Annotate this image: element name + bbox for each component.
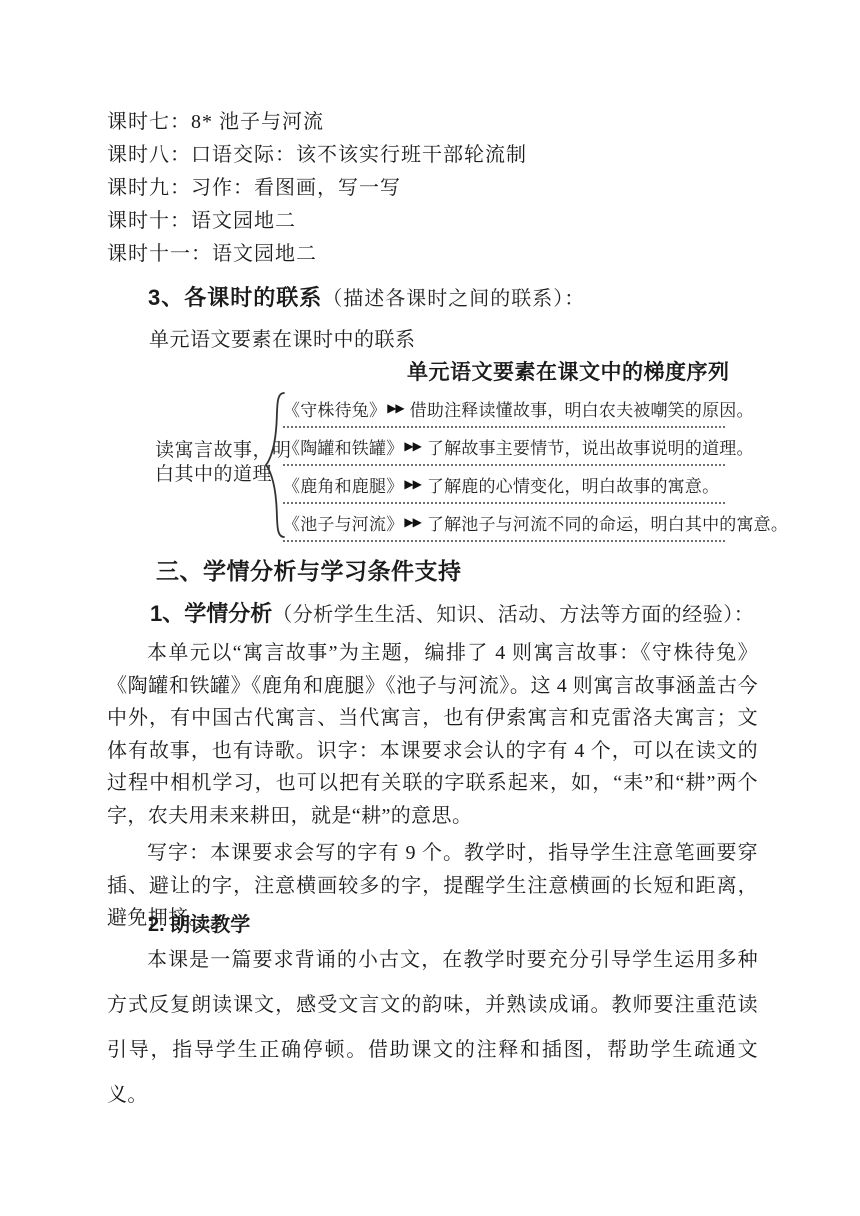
subsection-title: 1、学情分析	[150, 601, 272, 626]
element-link-line: 单元语文要素在课时中的联系	[149, 323, 416, 352]
diagram-row: 《陶罐和铁罐》▶▶了解故事主要情节，说出故事说明的道理。	[283, 428, 725, 466]
row-desc: 了解池子与河流不同的命运，明白其中的寓意。	[427, 510, 788, 535]
section3-title: 3、各课时的联系	[148, 285, 322, 310]
lesson-item: 课时七：8* 池子与河流	[107, 106, 527, 139]
document-page: 课时七：8* 池子与河流 课时八：口语交际：该不该实行班干部轮流制 课时九：习作…	[0, 0, 860, 1216]
row-title: 《陶罐和铁罐》	[283, 434, 403, 459]
double-arrow-icon: ▶▶	[404, 515, 420, 530]
row-desc: 了解鹿的心情变化，明白故事的寓意。	[427, 472, 719, 497]
double-arrow-icon: ▶▶	[404, 477, 420, 492]
paragraph-unit-overview: 本单元以“寓言故事”为主题，编排了 4 则寓言故事：《守株待兔》《陶罐和铁罐》《…	[107, 637, 758, 833]
subsection-note: （分析学生生活、知识、活动、方法等方面的经验）：	[272, 604, 754, 626]
row-title: 《池子与河流》	[283, 510, 403, 535]
lesson-list: 课时七：8* 池子与河流 课时八：口语交际：该不该实行班干部轮流制 课时九：习作…	[107, 106, 527, 271]
row-title: 《守株待兔》	[283, 396, 386, 421]
fable-diagram: 读寓言故事，明白其中的道理 《守株待兔》▶▶借助注释读懂故事，明白农夫被嘲笑的原…	[107, 390, 757, 542]
diagram-row: 《守株待兔》▶▶借助注释读懂故事，明白农夫被嘲笑的原因。	[283, 390, 725, 428]
lesson-item: 课时十一：语文园地二	[107, 238, 527, 271]
section3-heading: 3、各课时的联系（描述各课时之间的联系）：	[148, 281, 585, 312]
diagram-row: 《鹿角和鹿腿》▶▶了解鹿的心情变化，明白故事的寓意。	[283, 466, 725, 504]
paragraph-reading: 本课是一篇要求背诵的小古文，在教学时要充分引导学生运用多种方式反复朗读课文，感受…	[107, 938, 758, 1118]
section3-note: （描述各课时之间的联系）：	[322, 288, 585, 310]
lesson-item: 课时八：口语交际：该不该实行班干部轮流制	[107, 139, 527, 172]
row-desc: 借助注释读懂故事，明白农夫被嘲笑的原因。	[410, 396, 754, 421]
diagram-row: 《池子与河流》▶▶了解池子与河流不同的命运，明白其中的寓意。	[283, 504, 725, 542]
lesson-item: 课时十：语文园地二	[107, 205, 527, 238]
lesson-item: 课时九：习作：看图画，写一写	[107, 172, 527, 205]
section-heading-three: 三、学情分析与学习条件支持	[156, 553, 462, 586]
diagram-rows: 《守株待兔》▶▶借助注释读懂故事，明白农夫被嘲笑的原因。 《陶罐和铁罐》▶▶了解…	[283, 390, 725, 542]
subsection-heading: 1、学情分析（分析学生生活、知识、活动、方法等方面的经验）：	[150, 597, 754, 628]
row-title: 《鹿角和鹿腿》	[283, 472, 403, 497]
double-arrow-icon: ▶▶	[404, 439, 420, 454]
gradient-sequence-title: 单元语文要素在课文中的梯度序列	[407, 356, 730, 386]
double-arrow-icon: ▶▶	[387, 401, 403, 416]
row-desc: 了解故事主要情节，说出故事说明的道理。	[427, 434, 754, 459]
reading-teaching-heading: 2. 朗读教学	[148, 908, 250, 937]
